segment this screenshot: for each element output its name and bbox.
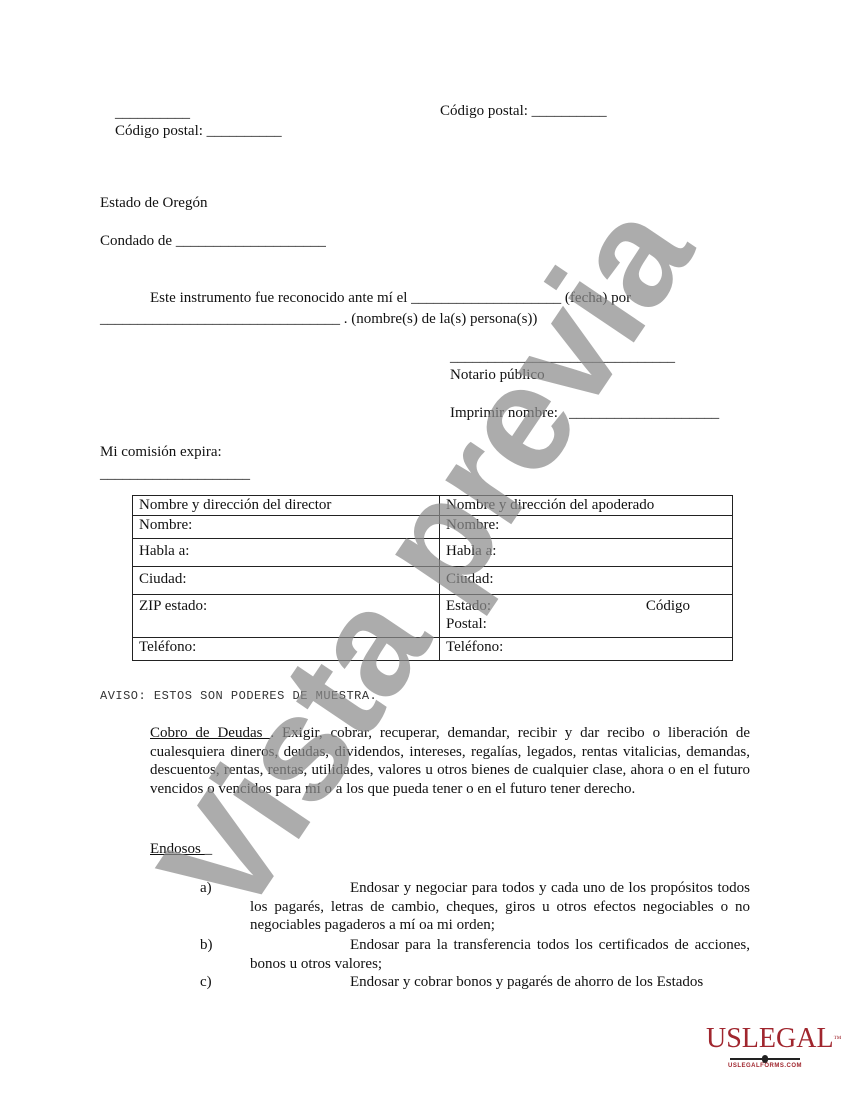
table-row: Habla a: Habla a:	[133, 539, 733, 567]
principal-phone-field: Teléfono:	[133, 638, 440, 661]
item-label-a: a)	[200, 879, 212, 898]
parties-table: Nombre y dirección del director Nombre y…	[132, 495, 733, 661]
postal-code-label: Código	[646, 597, 690, 615]
table-header-principal: Nombre y dirección del director	[133, 496, 440, 516]
table-row: ZIP estado: Estado: Código Postal:	[133, 595, 733, 638]
item-label-b: b)	[200, 936, 213, 955]
uslegal-logo[interactable]: USLEGAL™ USLEGALFORMS.COM	[706, 1024, 824, 1069]
acknowledgment-line-1: Este instrumento fue reconocido ante mí …	[150, 289, 631, 307]
acknowledgment-line-2: ________________________________ . (nomb…	[100, 310, 537, 328]
agent-address-field: Habla a:	[440, 539, 733, 567]
logo-url: USLEGALFORMS.COM	[706, 1063, 824, 1069]
commission-label: Mi comisión expira:	[100, 443, 222, 461]
eagle-wing-icon	[730, 1055, 800, 1063]
table-header-agent: Nombre y dirección del apoderado	[440, 496, 733, 516]
agent-name-field: Nombre:	[440, 516, 733, 539]
principal-name-field: Nombre:	[133, 516, 440, 539]
county-label: Condado de ____________________	[100, 232, 326, 250]
item-text-a: Endosar y negociar para todos y cada uno…	[250, 879, 750, 935]
logo-brand: USLEGAL	[706, 1023, 834, 1054]
state-label: Estado:	[446, 597, 491, 615]
commission-line: ____________________	[100, 465, 250, 483]
debt-collection-paragraph: Cobro de Deudas . Exigir, cobrar, recupe…	[150, 724, 750, 798]
table-row: Ciudad: Ciudad:	[133, 567, 733, 595]
table-row: Teléfono: Teléfono:	[133, 638, 733, 661]
postal-label: Postal:	[446, 615, 726, 633]
agent-city-field: Ciudad:	[440, 567, 733, 595]
principal-address-field: Habla a:	[133, 539, 440, 567]
item-label-c: c)	[200, 973, 212, 992]
sample-notice: AVISO: ESTOS SON PODERES DE MUESTRA.	[100, 687, 377, 705]
item-text-c: Endosar y cobrar bonos y pagarés de ahor…	[250, 973, 750, 992]
postal-code-left: Código postal: __________	[115, 122, 282, 140]
notary-label: Notario público	[450, 366, 545, 384]
agent-state-zip-field: Estado: Código Postal:	[440, 595, 733, 638]
state-label: Estado de Oregón	[100, 194, 207, 212]
endorsements-suffix: _	[205, 841, 213, 857]
logo-tm: ™	[834, 1034, 842, 1043]
agent-phone-field: Teléfono:	[440, 638, 733, 661]
table-row: Nombre: Nombre:	[133, 516, 733, 539]
signature-line: ______________________________	[450, 348, 675, 366]
endorsements-heading: Endosos _	[150, 840, 212, 858]
principal-city-field: Ciudad:	[133, 567, 440, 595]
print-name-label: Imprimir nombre: ____________________	[450, 404, 719, 422]
postal-code-right: Código postal: __________	[440, 102, 607, 120]
principal-zip-state-field: ZIP estado:	[133, 595, 440, 638]
item-text-b: Endosar para la transferencia todos los …	[250, 936, 750, 973]
debt-collection-title: Cobro de Deudas	[150, 725, 270, 741]
endorsements-title: Endosos	[150, 841, 205, 857]
blank-line: __________	[115, 104, 190, 122]
